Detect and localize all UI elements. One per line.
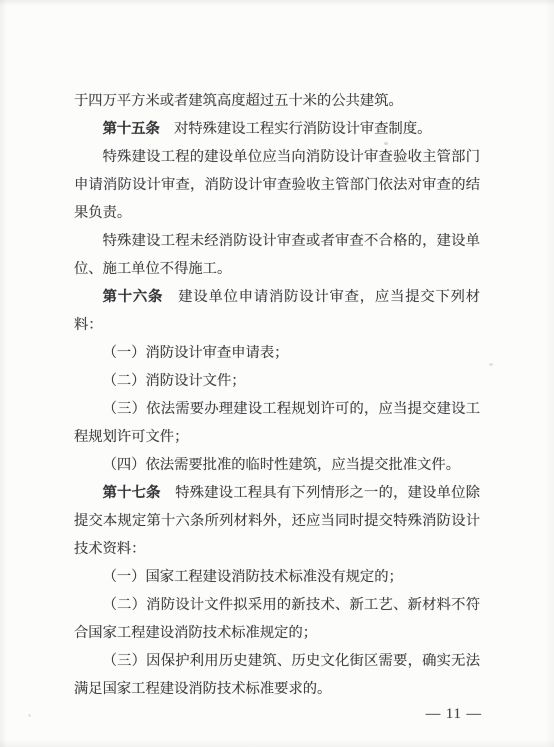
paragraph-text: （二）消防设计文件； [103, 373, 246, 389]
document-body: 于四万平方米或者建筑高度超过五十米的公共建筑。第十五条 对特殊建设工程实行消防设… [74, 87, 480, 703]
paragraph-text: （三）因保护利用历史建筑、历史文化街区需要，确实无法满足国家工程建设消防技术标准… [74, 653, 480, 697]
article-number: 第十五条 [103, 121, 160, 137]
paragraph-text: （一）消防设计审查申请表； [103, 345, 289, 361]
paragraph-item: （三）依法需要办理建设工程规划许可的，应当提交建设工程规划许可文件； [74, 395, 480, 451]
scanned-document-page: 于四万平方米或者建筑高度超过五十米的公共建筑。第十五条 对特殊建设工程实行消防设… [0, 0, 554, 747]
paragraph-text: 于四万平方米或者建筑高度超过五十米的公共建筑。 [74, 93, 403, 109]
paragraph-article: 第十五条 对特殊建设工程实行消防设计审查制度。 [74, 115, 480, 143]
paragraph-text: 特殊建设工程的建设单位应当向消防设计审查验收主管部门申请消防设计审查，消防设计审… [74, 149, 480, 221]
paragraph-item: （二）消防设计文件拟采用的新技术、新工艺、新材料不符合国家工程建设消防技术标准规… [74, 591, 480, 647]
paragraph-article: 第十七条 特殊建设工程具有下列情形之一的，建设单位除提交本规定第十六条所列材料外… [74, 479, 480, 563]
paragraph-item: （三）因保护利用历史建筑、历史文化街区需要，确实无法满足国家工程建设消防技术标准… [74, 647, 480, 703]
paragraph-text: （四）依法需要批准的临时性建筑，应当提交批准文件。 [103, 457, 460, 473]
article-number: 第十六条 [103, 289, 164, 305]
paragraph-text: （三）依法需要办理建设工程规划许可的，应当提交建设工程规划许可文件； [74, 401, 480, 445]
paragraph-text: 对特殊建设工程实行消防设计审查制度。 [160, 121, 432, 137]
paragraph-text: （二）消防设计文件拟采用的新技术、新工艺、新材料不符合国家工程建设消防技术标准规… [74, 597, 480, 641]
paragraph-item: （一）国家工程建设消防技术标准没有规定的； [74, 563, 480, 591]
paragraph-continuation: 于四万平方米或者建筑高度超过五十米的公共建筑。 [74, 87, 480, 115]
scan-speck [28, 714, 31, 717]
paragraph-article: 第十六条 建设单位申请消防设计审查，应当提交下列材料： [74, 283, 480, 339]
paragraph-item: （一）消防设计审查申请表； [74, 339, 480, 367]
article-number: 第十七条 [103, 485, 161, 501]
paragraph-item: （二）消防设计文件； [74, 367, 480, 395]
paragraph-body: 特殊建设工程的建设单位应当向消防设计审查验收主管部门申请消防设计审查，消防设计审… [74, 143, 480, 227]
paragraph-body: 特殊建设工程未经消防设计审查或者审查不合格的，建设单位、施工单位不得施工。 [74, 227, 480, 283]
paragraph-text: 特殊建设工程未经消防设计审查或者审查不合格的，建设单位、施工单位不得施工。 [74, 233, 480, 277]
scan-speck [489, 363, 493, 366]
paragraph-text: （一）国家工程建设消防技术标准没有规定的； [103, 569, 403, 585]
paragraph-item: （四）依法需要批准的临时性建筑，应当提交批准文件。 [74, 451, 480, 479]
page-number: — 11 — [426, 706, 482, 723]
